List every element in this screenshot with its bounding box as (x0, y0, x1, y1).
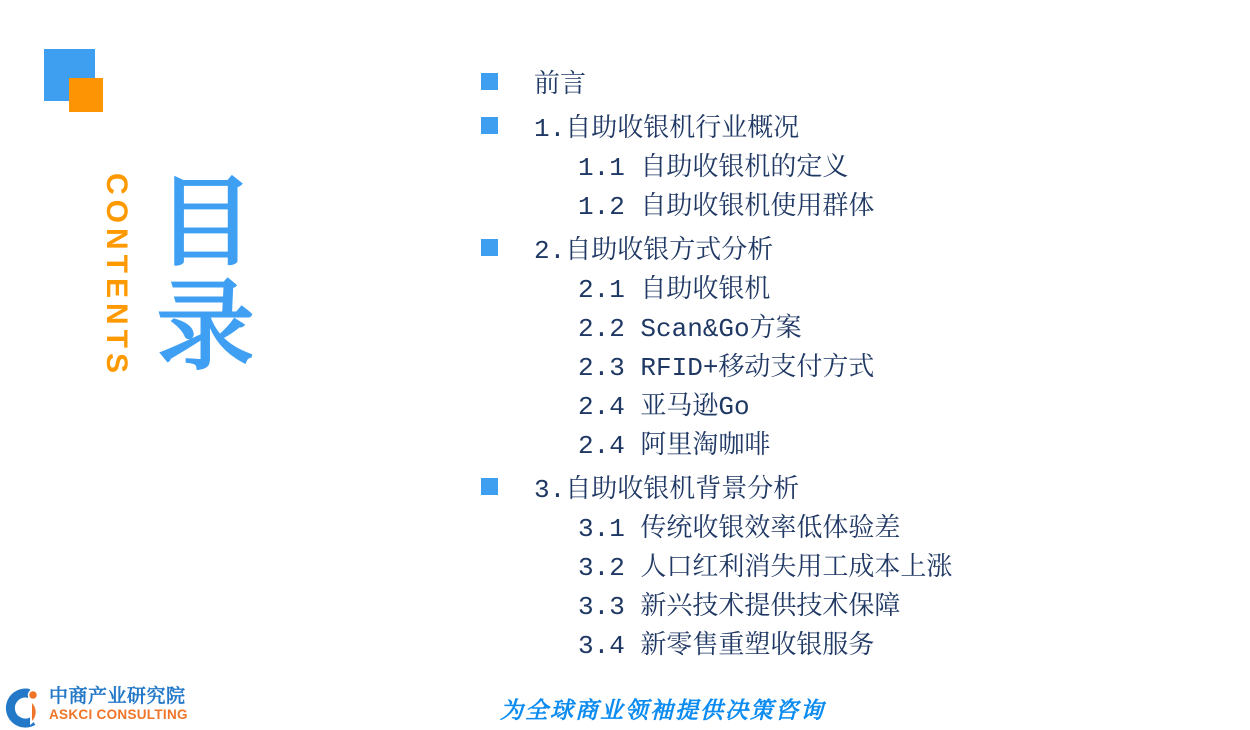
company-logo-text: 中商产业研究院 ASKCI CONSULTING (49, 686, 188, 722)
toc-subitem: 1.1 自助收银机的定义 (481, 145, 1041, 184)
toc-section: 2.自助收银方式分析 (481, 228, 1041, 267)
toc-subitem: 1.2 自助收银机使用群体 (481, 184, 1041, 223)
bullet-square-icon (481, 73, 498, 90)
toc-section: 3.自助收银机背景分析 (481, 467, 1041, 506)
toc-subitem: 2.4 阿里淘咖啡 (481, 423, 1041, 462)
toc-subitem: 2.3 RFID+移动支付方式 (481, 345, 1041, 384)
toc-item-label: 2.1 自助收银机 (578, 268, 770, 305)
toc-item-label: 3.1 传统收银效率低体验差 (578, 507, 900, 544)
toc-item-label: 2.自助收银方式分析 (534, 229, 773, 266)
orange-square-decor (69, 78, 103, 112)
toc-item-label: 3.4 新零售重塑收银服务 (578, 624, 874, 661)
toc-subitem: 3.1 传统收银效率低体验差 (481, 506, 1041, 545)
toc-item-label: 2.4 亚马逊Go (578, 385, 750, 422)
toc-subitem: 3.2 人口红利消失用工成本上涨 (481, 545, 1041, 584)
company-name-en: ASKCI CONSULTING (49, 707, 188, 722)
bullet-square-icon (481, 239, 498, 256)
toc-item-label: 3.3 新兴技术提供技术保障 (578, 585, 900, 622)
toc-item-label: 1.自助收银机行业概况 (534, 107, 799, 144)
toc-item-label: 2.2 Scan&Go方案 (578, 307, 802, 344)
toc-subitem: 3.4 新零售重塑收银服务 (481, 623, 1041, 662)
contents-vertical-label: CONTENTS (99, 173, 133, 403)
toc-item-label: 前言 (534, 63, 586, 100)
footer-slogan: 为全球商业领袖提供决策咨询 (500, 692, 820, 725)
toc-subitem: 2.2 Scan&Go方案 (481, 306, 1041, 345)
toc-section: 1.自助收银机行业概况 (481, 106, 1041, 145)
slide-canvas: CONTENTS 目录 前言1.自助收银机行业概况1.1 自助收银机的定义1.2… (0, 0, 1250, 730)
toc-item-label: 2.4 阿里淘咖啡 (578, 424, 770, 461)
toc-list: 前言1.自助收银机行业概况1.1 自助收银机的定义1.2 自助收银机使用群体2.… (481, 62, 1041, 662)
askci-logo-icon (5, 686, 45, 728)
company-name-cn: 中商产业研究院 (49, 686, 188, 707)
toc-item-label: 3.2 人口红利消失用工成本上涨 (578, 546, 952, 583)
bullet-square-icon (481, 478, 498, 495)
toc-item-label: 1.1 自助收银机的定义 (578, 146, 848, 183)
toc-section: 前言 (481, 62, 1041, 101)
bullet-square-icon (481, 117, 498, 134)
toc-item-label: 1.2 自助收银机使用群体 (578, 185, 874, 222)
page-title: 目录 (148, 170, 248, 410)
toc-subitem: 3.3 新兴技术提供技术保障 (481, 584, 1041, 623)
toc-item-label: 3.自助收银机背景分析 (534, 468, 799, 505)
toc-subitem: 2.1 自助收银机 (481, 267, 1041, 306)
toc-subitem: 2.4 亚马逊Go (481, 384, 1041, 423)
company-logo: 中商产业研究院 ASKCI CONSULTING (5, 686, 188, 728)
toc-item-label: 2.3 RFID+移动支付方式 (578, 346, 874, 383)
